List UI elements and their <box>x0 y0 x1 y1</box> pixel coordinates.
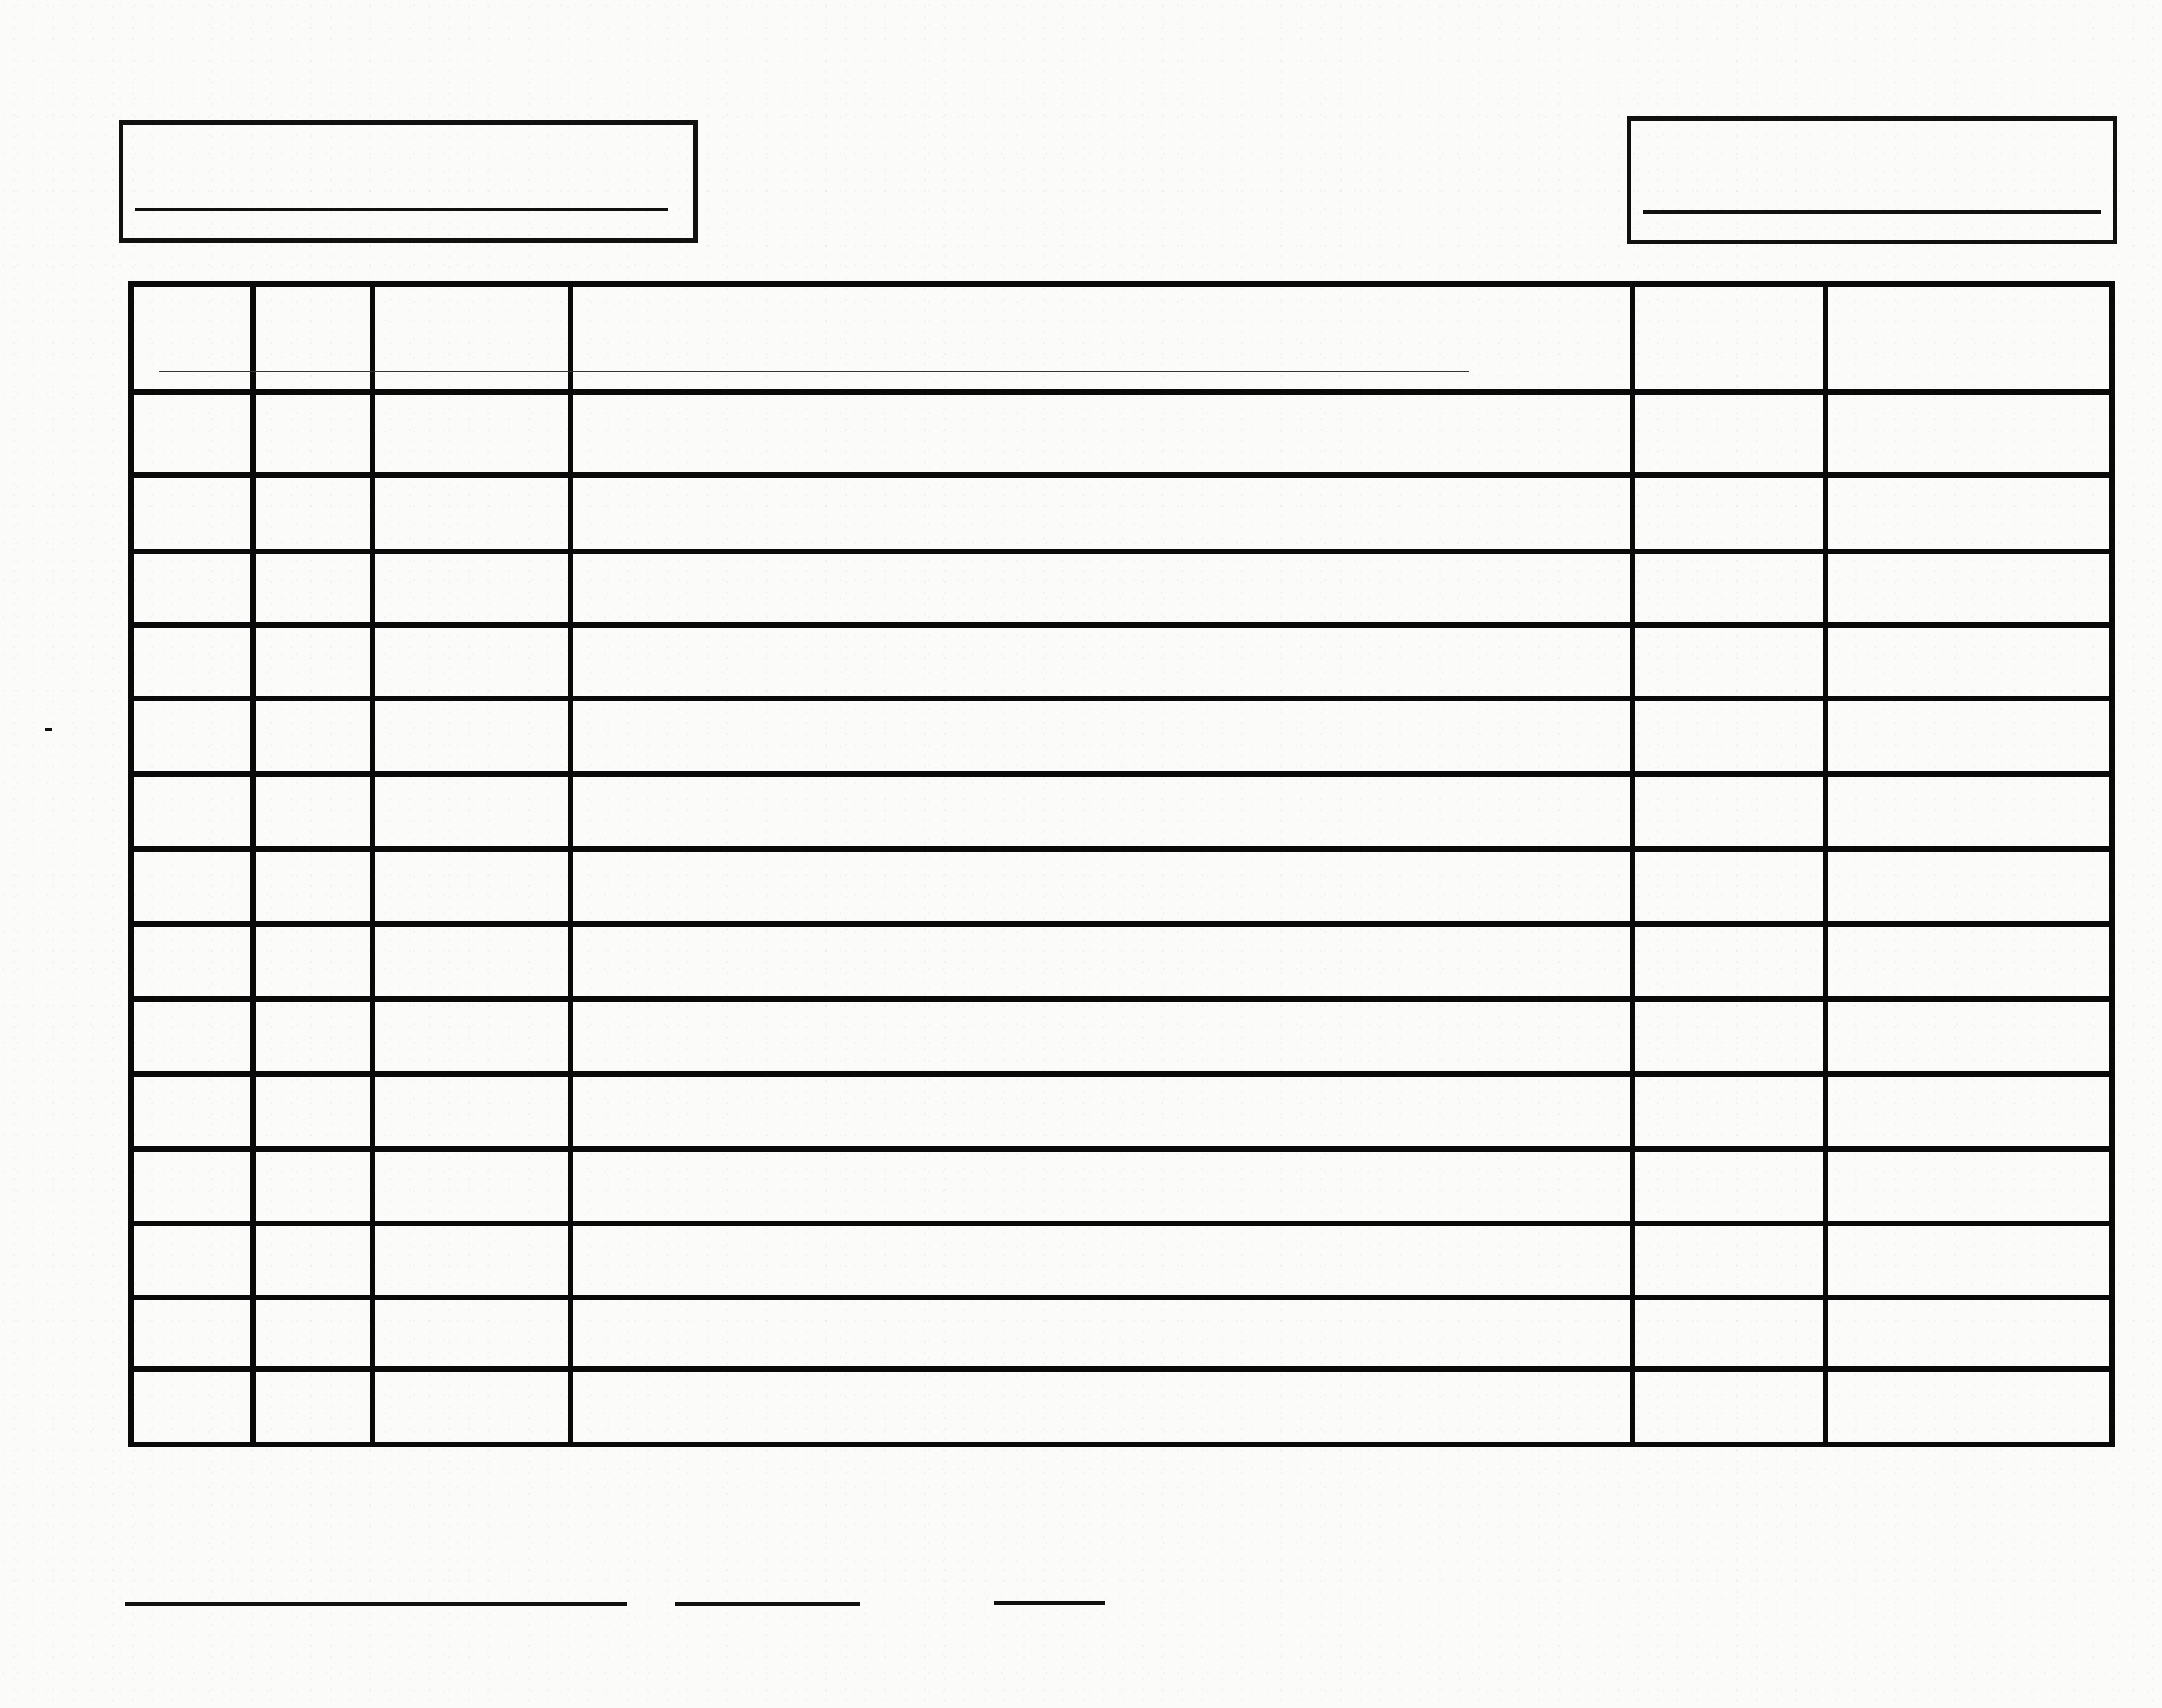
row-divider <box>134 1221 2109 1226</box>
row-divider <box>134 846 2109 852</box>
row-divider <box>134 921 2109 927</box>
header-divider <box>134 389 2109 395</box>
row-divider <box>134 771 2109 777</box>
worksheet-table <box>128 281 2115 1447</box>
full-name-box <box>119 120 698 243</box>
header-underline <box>159 371 1469 372</box>
row-divider <box>134 1366 2109 1372</box>
date-line <box>675 1602 860 1606</box>
period-rule <box>1643 210 2101 214</box>
row-divider <box>134 622 2109 628</box>
signature-line <box>125 1602 627 1606</box>
row-divider <box>134 696 2109 701</box>
col-divider <box>250 287 256 1442</box>
row-divider <box>134 472 2109 478</box>
row-divider <box>134 996 2109 1002</box>
row-divider <box>134 1295 2109 1300</box>
rate-line-a <box>994 1601 1105 1605</box>
period-box <box>1627 116 2117 244</box>
row-divider <box>134 1146 2109 1152</box>
worksheet-page <box>0 0 2162 1708</box>
row-divider <box>134 549 2109 554</box>
full-name-rule <box>135 208 668 211</box>
row-divider <box>134 1071 2109 1077</box>
margin-note-subtotal-1 <box>45 728 52 731</box>
col-divider <box>568 287 573 1442</box>
col-divider <box>1630 287 1635 1442</box>
col-divider <box>370 287 375 1442</box>
col-divider <box>1823 287 1828 1442</box>
